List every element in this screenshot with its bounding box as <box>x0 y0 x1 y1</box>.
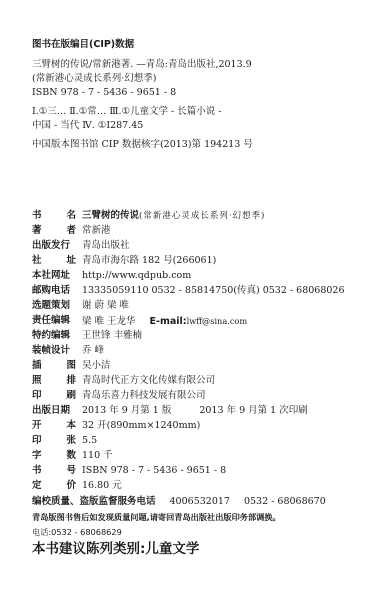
cip-record-number: 中国版本图书馆 CIP 数据核字(2013)第 194213 号 <box>32 139 253 151</box>
detail-row-format: 开本 32 开(890mm×1240mm) <box>32 420 200 432</box>
cip-line-3: ISBN 978 - 7 - 5436 - 9651 - 8 <box>32 87 176 99</box>
word-count-value: 110 千 <box>82 450 113 462</box>
detail-row-website: 本社网址 http://www.qdpub.com <box>32 270 191 282</box>
detail-row-publisher: 出版发行 青岛出版社 <box>32 240 130 252</box>
series-name: (常新港心灵成长系列·幻想季) <box>139 211 265 221</box>
detail-row-author: 著者 常新港 <box>32 225 111 237</box>
illustration-value: 吴小洁 <box>82 360 111 372</box>
detail-row-title: 书名 三臂树的传说(常新港心灵成长系列·幻想季) <box>32 210 265 222</box>
cip-line-5: 中国 - 当代 Ⅳ. ①I287.45 <box>32 120 143 132</box>
address-value: 青岛市海尔路 182 号(266061) <box>82 255 216 267</box>
quality-hotline-label: 编校质量、盗版监督服务电话 <box>32 496 156 507</box>
cip-line-1: 三臂树的传说/常新港著. —青岛:青岛出版社,2013.9 <box>32 59 252 71</box>
detail-row-illustration: 插图 吴小洁 <box>32 360 111 372</box>
detail-row-printing: 印刷 青岛乐喜力科技发展有限公司 <box>32 390 206 402</box>
planning-value: 谢 蔚 梁 唯 <box>82 300 129 312</box>
detail-row-planning: 选题策划 谢 蔚 梁 唯 <box>32 300 129 312</box>
detail-row-address: 社址 青岛市海尔路 182 号(266061) <box>32 255 216 267</box>
after-sales-phone: 电话:0532 - 68068629 <box>32 526 122 538</box>
printing-value: 青岛乐喜力科技发展有限公司 <box>82 390 206 402</box>
editor-value: 梁 唯 王龙华 <box>82 316 136 327</box>
detail-row-sheets: 印张 5.5 <box>32 435 97 447</box>
price-value: 16.80 元 <box>82 480 122 492</box>
publisher-value: 青岛出版社 <box>82 240 130 252</box>
author-value: 常新港 <box>82 225 111 237</box>
special-editor-value: 王世锋 丰雅楠 <box>82 330 142 342</box>
isbn-value: ISBN 978 - 7 - 5436 - 9651 - 8 <box>82 465 226 477</box>
detail-row-typesetting: 照排 青岛时代正方文化传媒有限公司 <box>32 375 215 387</box>
cip-heading: 图书在版编目(CIP)数据 <box>32 39 134 51</box>
typesetting-value: 青岛时代正方文化传媒有限公司 <box>82 375 215 387</box>
cip-line-2: (常新港心灵成长系列·幻想季) <box>32 73 156 85</box>
quality-hotline-phone-2: 0532 - 68068670 <box>244 496 326 507</box>
book-title: 三臂树的传说 <box>82 210 139 221</box>
shelving-category: 本书建议陈列类别:儿童文学 <box>32 541 199 557</box>
cip-line-4: Ⅰ.①三… Ⅱ.①常… Ⅲ.①儿童文学 - 长篇小说 - <box>32 106 222 118</box>
print-run-value: 2013 年 9 月第 1 次印刷 <box>199 405 307 416</box>
detail-row-publish-date: 出版日期 2013 年 9 月第 1 版2013 年 9 月第 1 次印刷 <box>32 405 308 417</box>
quality-hotline-phone-1: 4006532017 <box>170 496 230 507</box>
detail-row-price: 定价 16.80 元 <box>32 480 122 492</box>
detail-row-special-editor: 特约编辑 王世锋 丰雅楠 <box>32 330 142 342</box>
email-label: E-mail: <box>150 316 187 327</box>
detail-row-design: 装帧设计 乔 峰 <box>32 345 104 357</box>
edition-value: 2013 年 9 月第 1 版 <box>82 405 171 416</box>
after-sales-notice: 青岛版图书售后如发现质量问题,请寄回青岛出版社出版印务部调换。 <box>32 511 281 523</box>
detail-row-mail-order-phone: 邮购电话 13335059110 0532 - 85814750(传真) 053… <box>32 285 345 297</box>
detail-row-editor: 责任编辑 梁 唯 王龙华E-mail:lwff@sina.com <box>32 315 247 328</box>
detail-row-word-count: 字数 110 千 <box>32 450 113 462</box>
quality-hotline: 编校质量、盗版监督服务电话40065320170532 - 68068670 <box>32 496 326 508</box>
design-value: 乔 峰 <box>82 345 104 357</box>
detail-row-isbn: 书号 ISBN 978 - 7 - 5436 - 9651 - 8 <box>32 465 226 477</box>
detail-label: 书名 <box>32 210 76 222</box>
website-value: http://www.qdpub.com <box>82 270 191 282</box>
format-value: 32 开(890mm×1240mm) <box>82 420 200 432</box>
email-value: lwff@sina.com <box>187 316 248 326</box>
mail-order-phone-value: 13335059110 0532 - 85814750(传真) 0532 - 6… <box>82 285 345 297</box>
sheets-value: 5.5 <box>82 435 97 447</box>
